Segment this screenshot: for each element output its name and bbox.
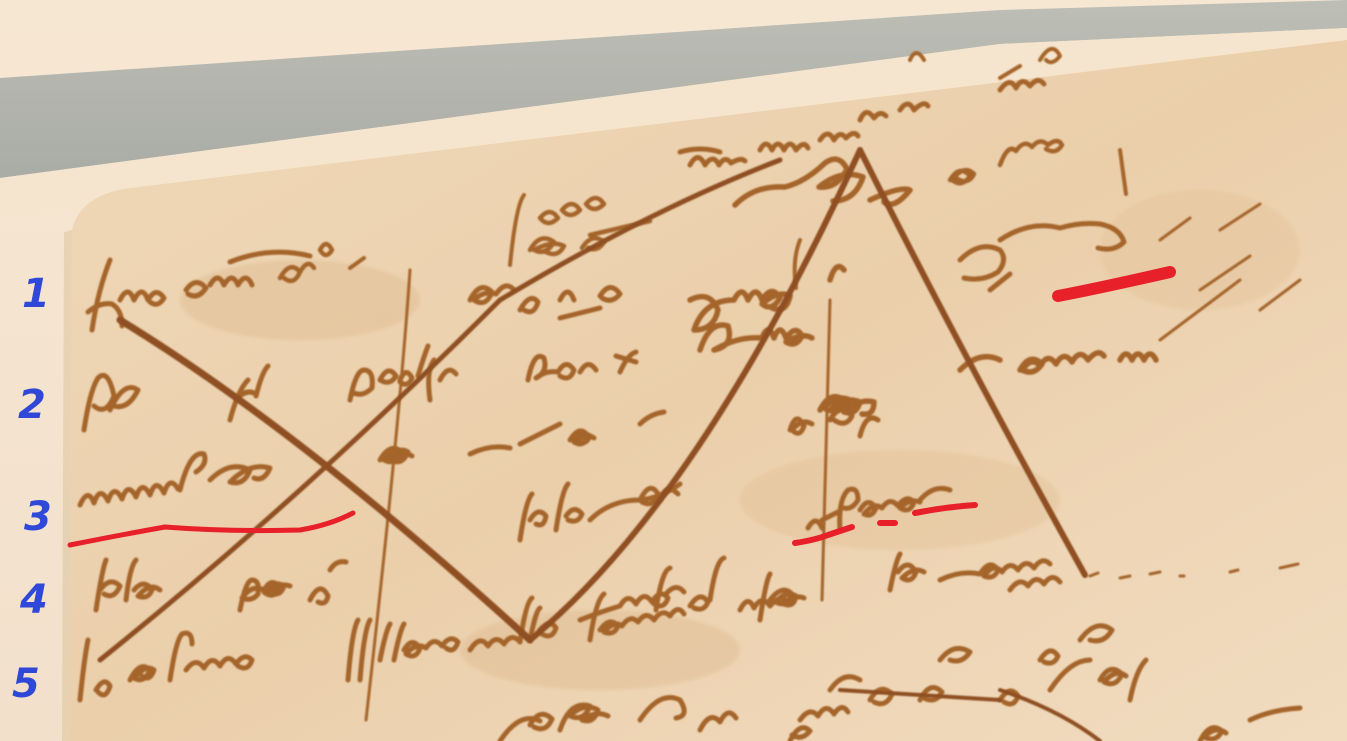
line-number-5: 5 bbox=[12, 664, 40, 704]
line-number-4: 4 bbox=[20, 580, 48, 620]
manuscript-photo: 1 2 3 4 5 d̄ns yvens x eâ mea gaa / tēc … bbox=[0, 0, 1347, 741]
line-number-1: 1 bbox=[22, 274, 50, 314]
photo-layer bbox=[0, 0, 1347, 741]
line-number-2: 2 bbox=[18, 385, 46, 425]
line-number-3: 3 bbox=[24, 497, 52, 537]
